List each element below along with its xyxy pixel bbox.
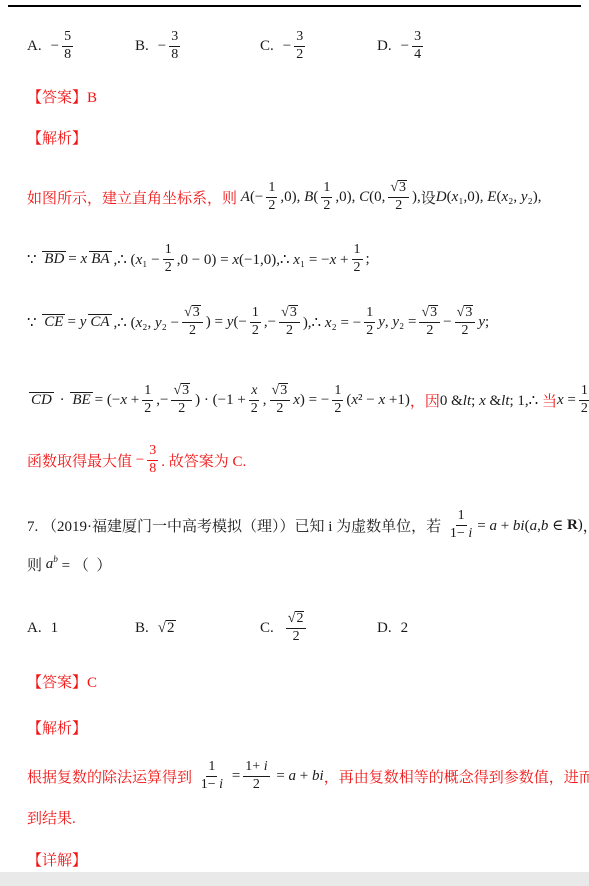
option-c-label: C. xyxy=(260,38,274,55)
answer-label-q7: 【答案】C xyxy=(27,671,97,692)
option-b-q7: B.√2 xyxy=(135,606,176,650)
option-c-label: C. xyxy=(260,620,274,637)
option-d-q6: D.−34 xyxy=(377,24,426,68)
page-top-border xyxy=(8,5,581,7)
option-d-value: −34 xyxy=(401,29,426,64)
question7-stem-line1: 7. （2019·福建厦门一中高考模拟（理））已知 i 为虚数单位，若 11− … xyxy=(27,501,589,549)
option-b-value: −38 xyxy=(158,29,183,64)
analysis-label-q7: 【解析】 xyxy=(27,717,87,738)
analysis-result-line: 到结果. xyxy=(27,806,76,828)
option-a-q7: A.1 xyxy=(27,606,58,650)
option-b-q6: B.−38 xyxy=(135,24,183,68)
solution-dot-product-line: CD · BE= (−x +12,−√32) · (−1 +x2,√32x) =… xyxy=(27,375,589,425)
solution-ce-vector-line: ∵ CE= yCA,∴ (x₂, y₂ −√32) = y(−12,−√32),… xyxy=(27,297,489,347)
analysis-complex-division-line: 根据复数的除法运算得到 11− i =1+ i2 = a + bi，再由复数相等… xyxy=(27,751,589,801)
option-b-label: B. xyxy=(135,620,149,637)
option-b-value: √2 xyxy=(158,620,176,637)
bottom-bar xyxy=(0,872,589,886)
document-page: A.−58 B.−38 C.−32 D.−34 【答案】B 【解析】 如图所示，… xyxy=(0,0,589,886)
question7-stem-line2: 则 ab = （ ） xyxy=(27,551,111,577)
option-c-value: √22 xyxy=(283,610,310,646)
detail-label-q7: 【详解】 xyxy=(27,849,87,870)
solution-bd-vector-line: ∵ BD= xBA,∴ (x₁ −12,0 − 0) = x(−1,0),∴ x… xyxy=(27,236,370,282)
answer-label-q6: 【答案】B xyxy=(27,86,97,107)
option-d-value: 2 xyxy=(401,620,409,637)
option-a-value: 1 xyxy=(51,620,59,637)
question7-options-row: A.1 B.√2 C.√22 D.2 xyxy=(0,606,589,650)
option-c-q6: C.−32 xyxy=(260,24,308,68)
option-a-label: A. xyxy=(27,620,42,637)
question6-options-row: A.−58 B.−38 C.−32 D.−34 xyxy=(0,24,589,68)
option-c-q7: C.√22 xyxy=(260,606,309,650)
option-c-value: −32 xyxy=(283,29,308,64)
solution-coordinates-line: 如图所示，建立直角坐标系，则 A(−12,0), B(12,0), C(0,√3… xyxy=(27,171,542,223)
option-d-q7: D.2 xyxy=(377,606,408,650)
option-a-label: A. xyxy=(27,38,42,55)
option-a-value: −58 xyxy=(51,29,76,64)
option-d-label: D. xyxy=(377,38,392,55)
option-a-q6: A.−58 xyxy=(27,24,76,68)
solution-conclusion-line: 函数取得最大值 −38. 故答案为 C. xyxy=(27,437,246,483)
analysis-label-q6: 【解析】 xyxy=(27,127,87,148)
option-b-label: B. xyxy=(135,38,149,55)
option-d-label: D. xyxy=(377,620,392,637)
